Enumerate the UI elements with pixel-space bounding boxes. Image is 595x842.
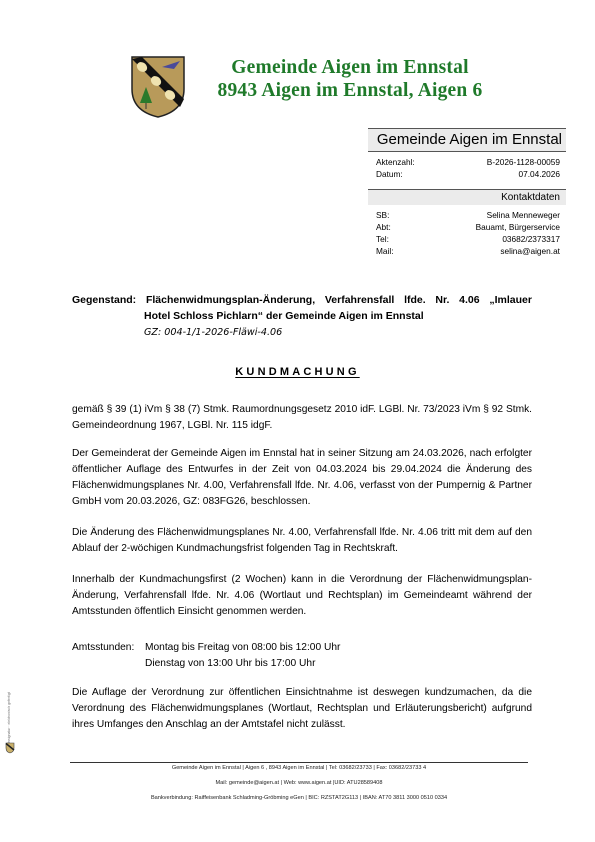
info-label: Tel: <box>376 233 389 245</box>
info-value: Bauamt, Bürgerservice <box>476 221 560 233</box>
council-decision-paragraph: Der Gemeinderat der Gemeinde Aigen im En… <box>72 446 532 510</box>
document-heading: KUNDMACHUNG <box>0 366 595 378</box>
coat-of-arms-icon <box>130 55 186 119</box>
footer-address: Gemeinde Aigen im Ennstal | Aigen 6 , 89… <box>70 765 528 771</box>
effective-date-paragraph: Die Änderung des Flächenwidmungsplanes N… <box>72 525 532 557</box>
info-label: Abt: <box>376 221 391 233</box>
footer-bank: Bankverbindung: Raiffeisenbank Schladmin… <box>70 795 528 801</box>
office-hours-line-1: Montag bis Freitag von 08:00 bis 12:00 U… <box>145 640 340 656</box>
subject-word: Nr. <box>435 294 449 306</box>
subject-block: Gegenstand: Flächenwidmungsplan-Änderung… <box>72 294 532 338</box>
office-hours-label: Amtsstunden: <box>72 640 145 656</box>
signature-note-text: Amtssignatur · elektronisch gefertigt <box>7 636 11 748</box>
legal-basis-paragraph: gemäß § 39 (1) iVm § 38 (7) Stmk. Raumor… <box>72 402 532 434</box>
info-value: 07.04.2026 <box>518 168 560 180</box>
subject-word: „Imlauer <box>489 294 532 306</box>
subject-line-2: Hotel Schloss Pichlarn“ der Gemeinde Aig… <box>72 310 532 322</box>
subject-word: lfde. <box>404 294 426 306</box>
subject-word: Flächenwidmungsplan-Änderung, <box>146 294 315 306</box>
signature-margin-note: Amtssignatur · elektronisch gefertigt <box>3 640 15 758</box>
contact-section-title: Kontaktdaten <box>368 189 566 205</box>
inspection-paragraph: Innerhalb der Kundmachungsfirst (2 Woche… <box>72 572 532 620</box>
subject-file-reference: GZ: 004-1/1-2026-Fläwi-4.06 <box>72 327 532 338</box>
contact-row-department: Abt: Bauamt, Bürgerservice <box>368 221 566 233</box>
info-label: Mail: <box>376 245 394 257</box>
letterhead-address: 8943 Aigen im Ennstal, Aigen 6 <box>200 80 500 102</box>
info-value: Selina Menneweger <box>487 209 560 221</box>
letterhead-municipality-name: Gemeinde Aigen im Ennstal <box>200 57 500 79</box>
info-label: Datum: <box>376 168 403 180</box>
subject-line-1: Gegenstand: Flächenwidmungsplan-Änderung… <box>72 294 532 306</box>
office-hours-line-2: Dienstag von 13:00 Uhr bis 17:00 Uhr <box>145 656 315 672</box>
footer-contact: Mail: gemeinde@aigen.at | Web: www.aigen… <box>70 780 528 786</box>
publication-reason-paragraph: Die Auflage der Verordnung zur öffentlic… <box>72 685 532 733</box>
subject-label: Gegenstand: <box>72 294 136 306</box>
reference-info-box: Gemeinde Aigen im Ennstal Aktenzahl: B-2… <box>368 128 566 257</box>
info-value: 03682/2373317 <box>502 233 560 245</box>
info-row-date: Datum: 07.04.2026 <box>368 168 566 180</box>
heading-text: KUNDMACHUNG <box>235 366 359 378</box>
contact-email-link[interactable]: selina@aigen.at <box>500 245 560 257</box>
contact-row-phone: Tel: 03682/2373317 <box>368 233 566 245</box>
subject-word: Verfahrensfall <box>325 294 394 306</box>
official-seal-icon <box>5 742 15 754</box>
info-box-title: Gemeinde Aigen im Ennstal <box>368 128 566 152</box>
info-label: Aktenzahl: <box>376 156 415 168</box>
contact-row-mail: Mail: selina@aigen.at <box>368 245 566 257</box>
info-row-file-number: Aktenzahl: B-2026-1128-00059 <box>368 156 566 168</box>
contact-row-clerk: SB: Selina Menneweger <box>368 209 566 221</box>
footer-divider <box>70 762 528 763</box>
subject-word: 4.06 <box>459 294 479 306</box>
info-label: SB: <box>376 209 389 221</box>
info-value: B-2026-1128-00059 <box>487 156 560 168</box>
office-hours: Amtsstunden: Montag bis Freitag von 08:0… <box>72 640 340 672</box>
